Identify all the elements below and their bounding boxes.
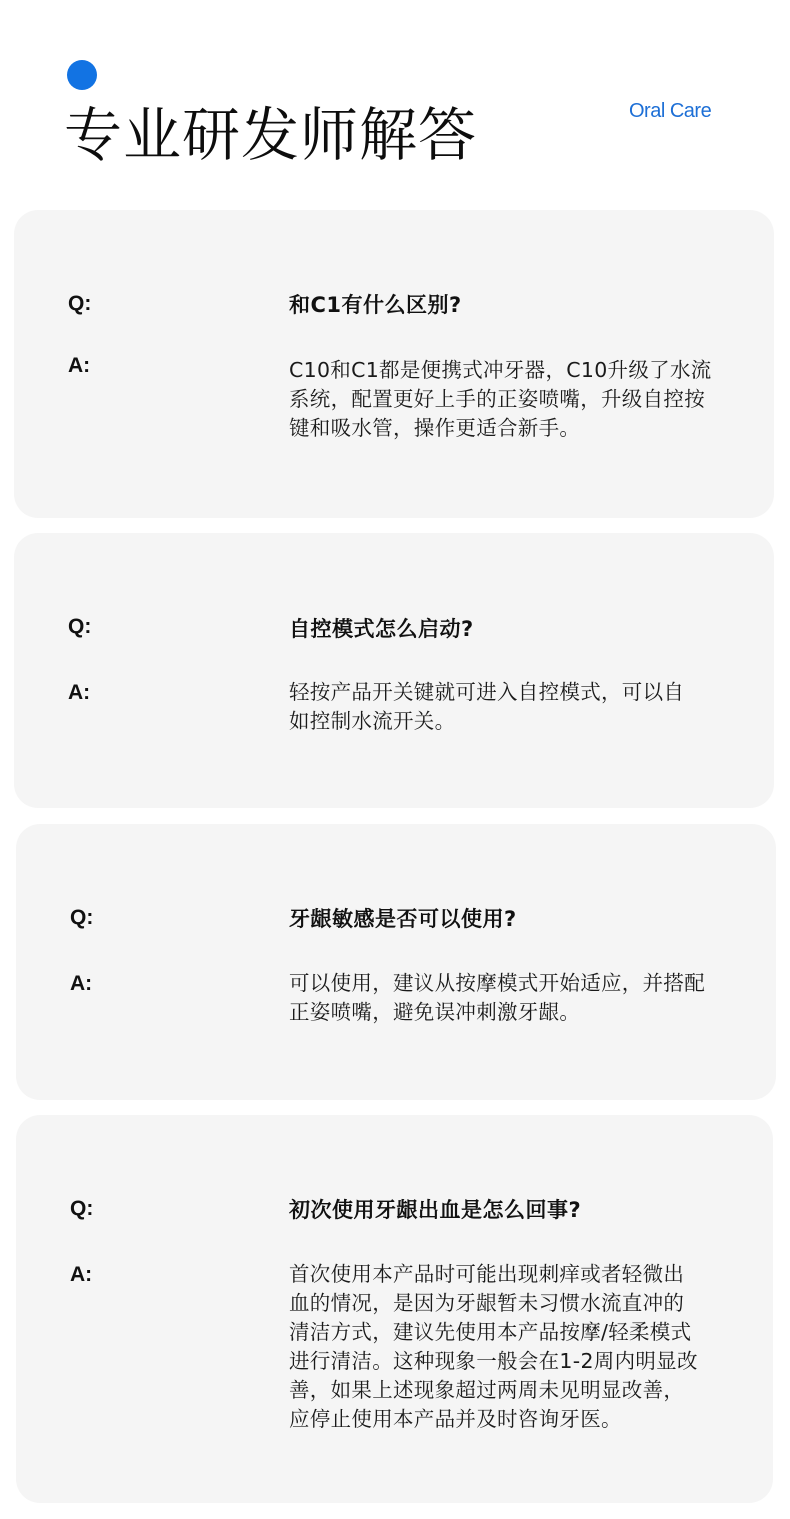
question-label: Q: bbox=[68, 292, 91, 316]
brand-label: Oral Care bbox=[629, 100, 711, 123]
question-label: Q: bbox=[70, 906, 93, 930]
answer-text: 可以使用，建议从按摩模式开始适应，并搭配 正姿喷嘴，避免误冲刺激牙龈。 bbox=[289, 969, 739, 1027]
answer-text: 首次使用本产品时可能出现刺痒或者轻微出 血的情况，是因为牙龈暂未习惯水流直冲的 … bbox=[289, 1260, 739, 1434]
answer-label: A: bbox=[70, 1263, 92, 1287]
question-label: Q: bbox=[70, 1197, 93, 1221]
faq-card: Q: 初次使用牙龈出血是怎么回事? A: 首次使用本产品时可能出现刺痒或者轻微出… bbox=[16, 1115, 773, 1503]
answer-label: A: bbox=[68, 354, 90, 378]
question-text: 牙龈敏感是否可以使用? bbox=[289, 903, 517, 933]
answer-label: A: bbox=[68, 681, 90, 705]
question-text: 自控模式怎么启动? bbox=[289, 613, 474, 643]
question-text: 和C1有什么区别? bbox=[289, 289, 462, 319]
page-title: 专业研发师解答 bbox=[64, 100, 477, 170]
accent-dot-icon bbox=[67, 60, 97, 90]
faq-card: Q: 自控模式怎么启动? A: 轻按产品开关键就可进入自控模式，可以自 如控制水… bbox=[14, 533, 774, 808]
question-label: Q: bbox=[68, 615, 91, 639]
answer-text: 轻按产品开关键就可进入自控模式，可以自 如控制水流开关。 bbox=[289, 678, 739, 736]
faq-card: Q: 牙龈敏感是否可以使用? A: 可以使用，建议从按摩模式开始适应，并搭配 正… bbox=[16, 824, 776, 1100]
answer-label: A: bbox=[70, 972, 92, 996]
answer-text: C10和C1都是便携式冲牙器，C10升级了水流 系统，配置更好上手的正姿喷嘴，升… bbox=[289, 356, 739, 443]
faq-card: Q: 和C1有什么区别? A: C10和C1都是便携式冲牙器，C10升级了水流 … bbox=[14, 210, 774, 518]
question-text: 初次使用牙龈出血是怎么回事? bbox=[289, 1194, 581, 1224]
